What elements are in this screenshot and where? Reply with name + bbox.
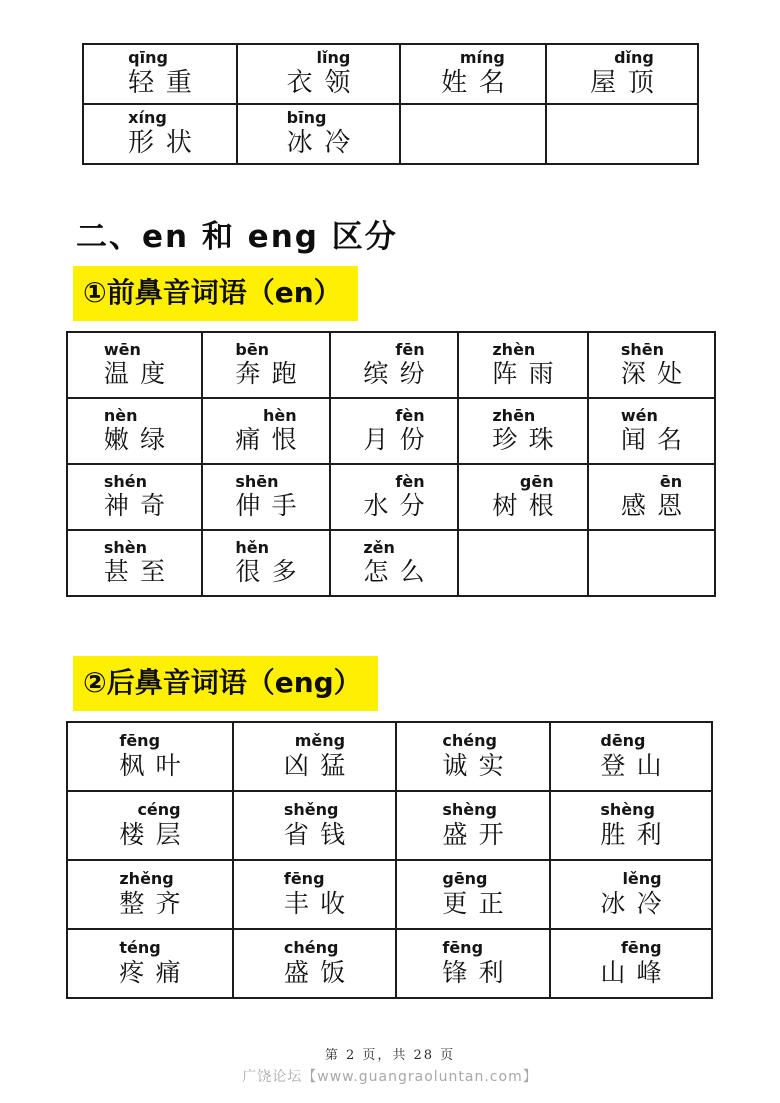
pinyin-label: xíng [128,109,192,127]
word-cell: fēng枫叶 [67,722,233,791]
word-cell: zhēn珍珠 [458,398,588,464]
pinyin-label: bīng [287,109,351,127]
word-label: 凶猛 [284,751,357,781]
empty-cell [546,104,698,164]
pinyin-label: chéng [442,732,503,750]
pinyin-label: shén [104,473,165,491]
pinyin-label: zěn [363,539,424,557]
table-row: qīng轻重lǐng衣领míng姓名dǐng屋顶 [83,44,698,104]
pinyin-label: zhèn [492,341,553,359]
pinyin-word: lǐng衣领 [287,49,351,99]
pinyin-word: xíng形状 [128,109,192,159]
word-label: 整齐 [119,889,192,919]
table-row: fēng枫叶měng凶猛chéng诚实dēng登山 [67,722,712,791]
word-label: 伸手 [235,491,308,521]
word-cell: shēn深处 [588,332,715,398]
table-row: céng楼层shěng省钱shèng盛开shèng胜利 [67,791,712,860]
pinyin-label: gēn [492,473,553,491]
pinyin-label: míng [441,49,505,67]
word-label: 树根 [492,491,565,521]
word-cell: ēn感恩 [588,464,715,530]
word-cell: téng疼痛 [67,929,233,998]
pinyin-word: wēn温度 [104,341,165,389]
word-label: 阵雨 [492,359,565,389]
empty-cell [588,530,715,596]
word-cell: xíng形状 [83,104,237,164]
pinyin-label: shēn [621,341,682,359]
pinyin-word: shěng省钱 [284,801,345,849]
pinyin-word: bēn奔跑 [235,341,296,389]
table-row: wēn温度bēn奔跑fēn缤纷zhèn阵雨shēn深处 [67,332,715,398]
pinyin-word: hěn很多 [235,539,296,587]
pinyin-word: zhēn珍珠 [492,407,553,455]
word-label: 轻重 [128,68,203,99]
pinyin-word: gēn树根 [492,473,553,521]
eng-words-table: fēng枫叶měng凶猛chéng诚实dēng登山céng楼层shěng省钱sh… [66,721,713,999]
word-cell: chéng诚实 [396,722,550,791]
word-cell: shěng省钱 [233,791,396,860]
word-cell: shén神奇 [67,464,202,530]
word-label: 月份 [363,425,436,455]
pinyin-label: dǐng [590,49,654,67]
pinyin-label: fèn [363,473,424,491]
ing-words-table: qīng轻重lǐng衣领míng姓名dǐng屋顶xíng形状bīng冰冷 [82,43,699,165]
word-cell: gēn树根 [458,464,588,530]
word-cell: wēn温度 [67,332,202,398]
word-cell: shèn甚至 [67,530,202,596]
pinyin-label: lěng [600,870,661,888]
pinyin-word: chéng盛饭 [284,939,345,987]
pinyin-label: wēn [104,341,165,359]
word-label: 锋利 [442,958,515,988]
word-cell: qīng轻重 [83,44,237,104]
pinyin-label: bēn [235,341,296,359]
word-label: 很多 [235,557,308,587]
pinyin-word: hèn痛恨 [235,407,296,455]
pinyin-word: shén神奇 [104,473,165,521]
pinyin-word: zhèn阵雨 [492,341,553,389]
pinyin-label: wén [621,407,682,425]
pinyin-label: gēng [442,870,503,888]
word-label: 衣领 [287,68,362,99]
word-cell: fēng锋利 [396,929,550,998]
watermark-text: 广饶论坛【www.guangraoluntan.com】 [0,1066,780,1086]
pinyin-word: fēng锋利 [442,939,503,987]
empty-cell [400,104,546,164]
word-cell: bēn奔跑 [202,332,330,398]
pinyin-label: fēn [363,341,424,359]
word-label: 感恩 [621,491,694,521]
word-label: 温度 [104,359,177,389]
word-label: 神奇 [104,491,177,521]
pinyin-word: zhěng整齐 [119,870,180,918]
section-heading: 二、en 和 eng 区分 [76,211,398,256]
en-words-table: wēn温度bēn奔跑fēn缤纷zhèn阵雨shēn深处nèn嫩绿hèn痛恨fèn… [66,331,716,597]
word-cell: zěn怎么 [330,530,458,596]
pinyin-word: shèng胜利 [600,801,661,849]
pinyin-word: bīng冰冷 [287,109,351,159]
word-label: 怎么 [363,557,436,587]
word-label: 登山 [600,751,673,781]
word-cell: céng楼层 [67,791,233,860]
word-cell: shèng胜利 [550,791,712,860]
word-label: 水分 [363,491,436,521]
pinyin-word: shèng盛开 [442,801,503,849]
pinyin-label: nèn [104,407,165,425]
word-cell: lǐng衣领 [237,44,400,104]
word-cell: nèn嫩绿 [67,398,202,464]
pinyin-word: wén闻名 [621,407,682,455]
pinyin-label: zhěng [119,870,180,888]
word-cell: bīng冰冷 [237,104,400,164]
pinyin-label: chéng [284,939,345,957]
pinyin-word: téng疼痛 [119,939,180,987]
pinyin-word: dēng登山 [600,732,661,780]
pinyin-word: nèn嫩绿 [104,407,165,455]
word-cell: fēn缤纷 [330,332,458,398]
table-row: shén神奇shēn伸手fèn水分gēn树根ēn感恩 [67,464,715,530]
word-label: 胜利 [600,820,673,850]
word-cell: fèn水分 [330,464,458,530]
word-cell: fēng山峰 [550,929,712,998]
word-label: 枫叶 [119,751,192,781]
pinyin-label: ēn [621,473,682,491]
word-cell: shèng盛开 [396,791,550,860]
pinyin-label: hèn [235,407,296,425]
pinyin-word: qīng轻重 [128,49,192,99]
word-cell: chéng盛饭 [233,929,396,998]
pinyin-label: fèn [363,407,424,425]
pinyin-word: fēng枫叶 [119,732,180,780]
word-cell: fēng丰收 [233,860,396,929]
word-label: 珍珠 [492,425,565,455]
pinyin-label: fēng [119,732,180,750]
word-cell: měng凶猛 [233,722,396,791]
pinyin-label: zhēn [492,407,553,425]
word-label: 痛恨 [235,425,308,455]
word-cell: wén闻名 [588,398,715,464]
worksheet-page: qīng轻重lǐng衣领míng姓名dǐng屋顶xíng形状bīng冰冷 二、e… [0,0,780,1103]
word-label: 屋顶 [590,68,665,99]
page-number: 第 2 页，共 28 页 [0,1044,780,1063]
word-cell: lěng冰冷 [550,860,712,929]
pinyin-word: shēn深处 [621,341,682,389]
pinyin-label: qīng [128,49,192,67]
word-label: 冰冷 [287,128,362,159]
pinyin-label: shèn [104,539,165,557]
pinyin-label: hěn [235,539,296,557]
pinyin-word: chéng诚实 [442,732,503,780]
pinyin-label: dēng [600,732,661,750]
pinyin-word: shēn伸手 [235,473,296,521]
subsection-label-en: ①前鼻音词语（en） [73,266,358,321]
pinyin-label: téng [119,939,180,957]
word-cell: míng姓名 [400,44,546,104]
pinyin-word: fèn月份 [363,407,424,455]
word-cell: fèn月份 [330,398,458,464]
word-label: 丰收 [284,889,357,919]
pinyin-word: měng凶猛 [284,732,345,780]
word-label: 省钱 [284,820,357,850]
word-label: 山峰 [600,958,673,988]
pinyin-label: fēng [600,939,661,957]
word-cell: dēng登山 [550,722,712,791]
word-label: 疼痛 [119,958,192,988]
word-label: 深处 [621,359,694,389]
word-label: 冰冷 [600,889,673,919]
word-cell: gēng更正 [396,860,550,929]
word-label: 更正 [442,889,515,919]
pinyin-word: dǐng屋顶 [590,49,654,99]
pinyin-label: shěng [284,801,345,819]
pinyin-label: fēng [442,939,503,957]
word-cell: zhěng整齐 [67,860,233,929]
table-row: nèn嫩绿hèn痛恨fèn月份zhēn珍珠wén闻名 [67,398,715,464]
table-row: téng疼痛chéng盛饭fēng锋利fēng山峰 [67,929,712,998]
pinyin-label: shèng [442,801,503,819]
empty-cell [458,530,588,596]
word-cell: zhèn阵雨 [458,332,588,398]
word-cell: hèn痛恨 [202,398,330,464]
word-cell: shēn伸手 [202,464,330,530]
table-row: xíng形状bīng冰冷 [83,104,698,164]
pinyin-label: fēng [284,870,345,888]
pinyin-word: lěng冰冷 [600,870,661,918]
word-label: 闻名 [621,425,694,455]
pinyin-word: míng姓名 [441,49,505,99]
table-row: shèn甚至hěn很多zěn怎么 [67,530,715,596]
pinyin-word: zěn怎么 [363,539,424,587]
pinyin-word: gēng更正 [442,870,503,918]
word-label: 盛开 [442,820,515,850]
pinyin-label: shèng [600,801,661,819]
pinyin-word: fèn水分 [363,473,424,521]
word-label: 奔跑 [235,359,308,389]
word-label: 形状 [128,128,203,159]
word-cell: dǐng屋顶 [546,44,698,104]
pinyin-word: fēng山峰 [600,939,661,987]
word-label: 嫩绿 [104,425,177,455]
word-label: 缤纷 [363,359,436,389]
pinyin-label: lǐng [287,49,351,67]
pinyin-label: měng [284,732,345,750]
pinyin-word: fēng丰收 [284,870,345,918]
table-row: zhěng整齐fēng丰收gēng更正lěng冰冷 [67,860,712,929]
word-label: 姓名 [441,68,516,99]
word-label: 甚至 [104,557,177,587]
pinyin-word: fēn缤纷 [363,341,424,389]
subsection-label-eng: ②后鼻音词语（eng） [73,656,378,711]
pinyin-word: ēn感恩 [621,473,682,521]
word-cell: hěn很多 [202,530,330,596]
word-label: 楼层 [119,820,192,850]
pinyin-label: shēn [235,473,296,491]
word-label: 盛饭 [284,958,357,988]
pinyin-word: shèn甚至 [104,539,165,587]
pinyin-label: céng [119,801,180,819]
word-label: 诚实 [442,751,515,781]
pinyin-word: céng楼层 [119,801,180,849]
